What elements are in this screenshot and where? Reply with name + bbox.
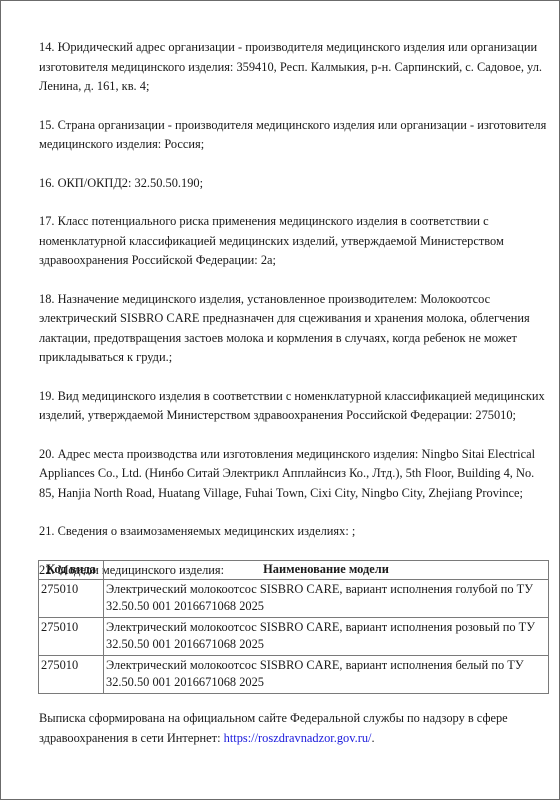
item-18-purpose: 18. Назначение медицинского изделия, уст…: [39, 290, 551, 368]
cell-code: 275010: [39, 579, 104, 617]
models-table: Код вида Наименование модели 275010 Элек…: [38, 560, 549, 694]
table-row: 275010 Электрический молокоотсос SISBRO …: [39, 617, 549, 655]
table-header-row: Код вида Наименование модели: [39, 561, 549, 580]
item-14-legal-address: 14. Юридический адрес организации - прои…: [39, 38, 551, 97]
cell-code: 275010: [39, 617, 104, 655]
table-row: 275010 Электрический молокоотсос SISBRO …: [39, 655, 549, 693]
item-19-device-type: 19. Вид медицинского изделия в соответст…: [39, 387, 551, 426]
cell-model-name: Электрический молокоотсос SISBRO CARE, в…: [104, 579, 549, 617]
table-row: 275010 Электрический молокоотсос SISBRO …: [39, 579, 549, 617]
cell-code: 275010: [39, 655, 104, 693]
document-page: 14. Юридический адрес организации - прои…: [0, 0, 560, 800]
item-16-okp: 16. ОКП/ОКПД2: 32.50.50.190;: [39, 174, 551, 194]
footer-period: .: [371, 731, 374, 745]
header-code: Код вида: [39, 561, 104, 580]
cell-model-name: Электрический молокоотсос SISBRO CARE, в…: [104, 655, 549, 693]
footer-note: Выписка сформирована на официальном сайт…: [39, 709, 551, 748]
item-21-interchangeable: 21. Сведения о взаимозаменяемых медицинс…: [39, 522, 551, 542]
header-model-name: Наименование модели: [104, 561, 549, 580]
item-20-production-address: 20. Адрес места производства или изготов…: [39, 445, 551, 504]
document-body: 14. Юридический адрес организации - прои…: [39, 38, 551, 599]
item-17-risk-class: 17. Класс потенциального риска применени…: [39, 212, 551, 271]
item-15-country: 15. Страна организации - производителя м…: [39, 116, 551, 155]
roszdravnadzor-link[interactable]: https://roszdravnadzor.gov.ru/: [224, 731, 372, 745]
cell-model-name: Электрический молокоотсос SISBRO CARE, в…: [104, 617, 549, 655]
